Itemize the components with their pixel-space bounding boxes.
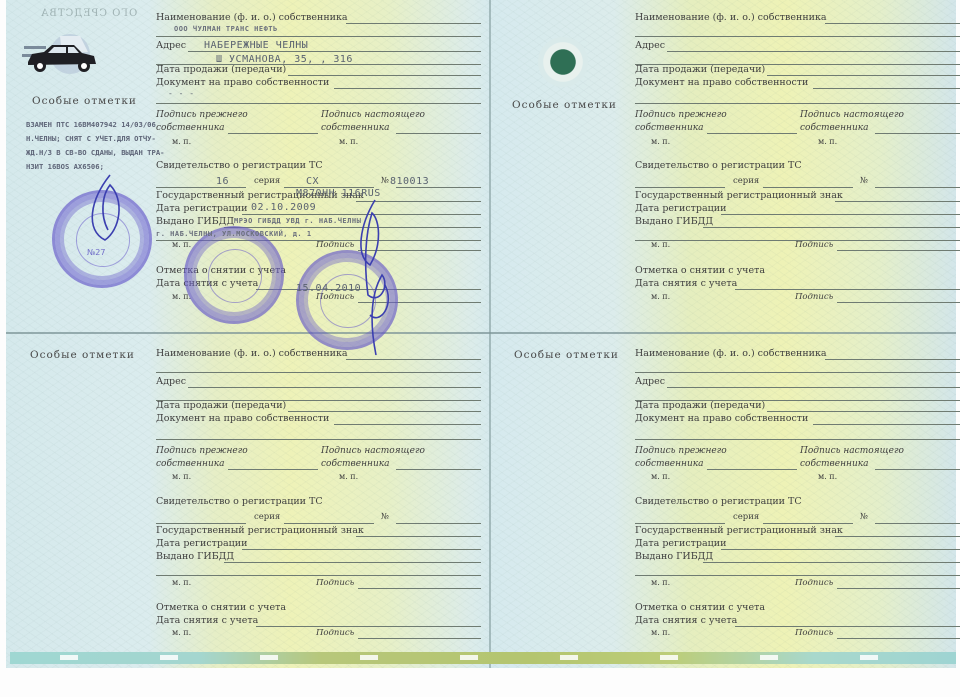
deregistration-date-label: Дата снятия с учета — [635, 278, 737, 289]
form-line — [188, 51, 481, 52]
special-note-line: Н.ЧЕЛНЫ; СНЯТ С УЧЕТ.ДЛЯ ОТЧУ- — [26, 132, 164, 146]
form-line — [837, 250, 960, 251]
form-line — [707, 469, 797, 470]
ownership-doc-label: Документ на право собственности — [635, 413, 808, 424]
stamp-place-label: м. п. — [651, 292, 670, 301]
form-line — [242, 549, 481, 550]
form-line — [635, 103, 960, 104]
cur-owner-sign-label-2: собственника — [321, 123, 389, 133]
prev-owner-sign-label-2: собственника — [156, 123, 224, 133]
signature-label: Подпись — [316, 578, 354, 588]
form-line — [735, 626, 960, 627]
form-line — [875, 469, 960, 470]
stamp-place-label: м. п. — [172, 472, 191, 481]
address-label: Адрес — [156, 376, 186, 387]
form-line — [334, 88, 481, 89]
form-line — [763, 523, 853, 524]
series-label: серия — [733, 512, 759, 522]
band-marker — [460, 655, 478, 660]
prev-owner-sign-label: Подпись прежнего — [635, 446, 727, 456]
stamp-place-label: м. п. — [172, 578, 191, 587]
form-line — [707, 133, 797, 134]
form-line — [837, 302, 960, 303]
horizontal-fold — [6, 332, 956, 334]
form-line — [635, 523, 725, 524]
signature-label: Подпись — [316, 628, 354, 638]
form-line — [813, 424, 960, 425]
security-band — [10, 652, 956, 664]
center-fold — [489, 0, 491, 668]
form-line — [228, 133, 318, 134]
cur-owner-sign-label-2: собственника — [321, 459, 389, 469]
series-label: серия — [254, 176, 280, 186]
sale-date-label: Дата продажи (передачи) — [635, 64, 765, 75]
stamp-place-label: м. п. — [651, 137, 670, 146]
form-line — [346, 23, 481, 24]
form-line — [156, 103, 481, 104]
state-plate-label: Государственный регистрационный знак — [635, 525, 843, 536]
state-plate-label: Государственный регистрационный знак — [635, 190, 843, 201]
owner-name-label: Наименование (ф. и. о.) собственника — [156, 348, 348, 359]
form-line — [156, 439, 481, 440]
reg-certificate-label: Свидетельство о регистрации ТС — [635, 496, 802, 507]
stamp-place-label: м. п. — [339, 137, 358, 146]
form-line — [703, 227, 960, 228]
owner-name-value: ООО ЧУЛМАН ТРАНС НЕФТЬ — [174, 25, 278, 33]
ownership-doc-value: - - - — [168, 89, 195, 98]
cur-owner-sign-label: Подпись настоящего — [800, 110, 904, 120]
cur-owner-sign-label: Подпись настоящего — [321, 446, 425, 456]
form-line — [396, 187, 481, 188]
form-line — [334, 424, 481, 425]
signature-label: Подпись — [795, 240, 833, 250]
deregistration-date-label: Дата снятия с учета — [635, 615, 737, 626]
form-line — [635, 439, 960, 440]
special-note-line: ВЗАМЕН ПТС 16ВМ407942 14/03/06 — [26, 118, 164, 132]
form-line — [667, 51, 960, 52]
signature-label: Подпись — [795, 292, 833, 302]
special-marks-label: Особые отметки — [30, 349, 135, 361]
reg-date-label: Дата регистрации — [635, 538, 726, 549]
special-marks-label: Особые отметки — [514, 349, 619, 361]
form-line — [813, 88, 960, 89]
form-line — [288, 411, 481, 412]
special-marks-label: Особые отметки — [512, 99, 617, 111]
stamp-place-label: м. п. — [651, 628, 670, 637]
signature-label: Подпись — [795, 578, 833, 588]
section-top-right: Особые отметкиНаименование (ф. и. о.) со… — [490, 0, 960, 320]
band-marker — [60, 655, 78, 660]
stamp-place-label: м. п. — [172, 628, 191, 637]
stamp-place-label: м. п. — [651, 578, 670, 587]
form-line — [721, 549, 960, 550]
form-line — [228, 469, 318, 470]
band-marker — [660, 655, 678, 660]
form-line — [635, 372, 960, 373]
form-line — [735, 289, 960, 290]
stamp-place-label: м. п. — [818, 472, 837, 481]
issued-by-label: Выдано ГИБДД — [156, 551, 234, 562]
number-label: № — [381, 512, 389, 522]
form-line — [635, 36, 960, 37]
sale-date-label: Дата продажи (передачи) — [156, 400, 286, 411]
issued-by-label: Выдано ГИБДД — [635, 216, 713, 227]
form-line — [835, 536, 960, 537]
form-line — [667, 387, 960, 388]
sale-date-label: Дата продажи (передачи) — [156, 64, 286, 75]
signature-scribble — [80, 170, 130, 250]
deregistration-label: Отметка о снятии с учета — [635, 602, 765, 613]
reg-date-value: 02.10.2009 — [251, 202, 316, 213]
special-marks-label: Особые отметки — [32, 95, 137, 107]
reg-certificate-label: Свидетельство о регистрации ТС — [635, 160, 802, 171]
form-line — [703, 562, 960, 563]
form-line — [188, 387, 481, 388]
form-line — [288, 75, 481, 76]
reg-certificate-label: Свидетельство о регистрации ТС — [156, 496, 323, 507]
stamp-place-label: м. п. — [172, 240, 191, 249]
number-label: № — [381, 176, 389, 186]
form-line — [156, 36, 481, 37]
form-line — [156, 575, 481, 576]
section-bottom-right: Особые отметкиНаименование (ф. и. о.) со… — [490, 334, 960, 654]
deregistration-date-label: Дата снятия с учета — [156, 615, 258, 626]
address-label: Адрес — [635, 376, 665, 387]
deregistration-label: Отметка о снятии с учета — [156, 602, 286, 613]
stamp-place-label: м. п. — [651, 240, 670, 249]
form-line — [224, 562, 481, 563]
deregistration-date-value: 15.04.2010 — [296, 283, 361, 294]
form-line — [396, 523, 481, 524]
form-line — [837, 638, 960, 639]
official-stamp-2 — [184, 226, 284, 324]
issued-by-value-line2: г. НАБ.ЧЕЛНЫ, УЛ.МОСКОВСКИЙ, д. 1 — [156, 230, 312, 238]
state-plate-value: М870НН 116RUS — [296, 188, 381, 199]
deregistration-label: Отметка о снятии с учета — [635, 265, 765, 276]
form-line — [358, 588, 481, 589]
form-line — [396, 469, 481, 470]
ownership-doc-label: Документ на право собственности — [635, 77, 808, 88]
stamp-place-label: м. п. — [818, 137, 837, 146]
cur-owner-sign-label-2: собственника — [800, 123, 868, 133]
number-label: № — [860, 512, 868, 522]
owner-name-label: Наименование (ф. и. о.) собственника — [156, 12, 348, 23]
special-note-line: ЖД.Н/З В СВ-ВО СДАНЫ, ВЫДАН ТРА- — [26, 146, 164, 160]
band-marker — [360, 655, 378, 660]
form-line — [256, 626, 481, 627]
stamp-place-label: м. п. — [651, 472, 670, 481]
form-line — [156, 372, 481, 373]
form-line — [767, 411, 960, 412]
reg-date-label: Дата регистрации — [635, 203, 726, 214]
special-note: ВЗАМЕН ПТС 16ВМ407942 14/03/06Н.ЧЕЛНЫ; С… — [26, 118, 164, 174]
sale-date-label: Дата продажи (передачи) — [635, 400, 765, 411]
cert-region-value: 16 — [216, 176, 229, 187]
band-marker — [760, 655, 778, 660]
band-marker — [260, 655, 278, 660]
owner-name-label: Наименование (ф. и. о.) собственника — [635, 348, 827, 359]
series-label: серия — [254, 512, 280, 522]
form-line — [825, 23, 960, 24]
prev-owner-sign-label-2: собственника — [156, 459, 224, 469]
form-line — [875, 523, 960, 524]
band-marker — [860, 655, 878, 660]
form-line — [721, 214, 960, 215]
form-line — [284, 523, 374, 524]
form-line — [358, 638, 481, 639]
section-bottom-left: Особые отметкиНаименование (ф. и. о.) со… — [6, 334, 476, 654]
issued-by-label: Выдано ГИБДД — [156, 216, 234, 227]
form-line — [767, 75, 960, 76]
reg-date-label: Дата регистрации — [156, 538, 247, 549]
cur-owner-sign-label: Подпись настоящего — [800, 446, 904, 456]
address-label: Адрес — [156, 40, 186, 51]
form-line — [396, 133, 481, 134]
address-label: Адрес — [635, 40, 665, 51]
band-marker — [160, 655, 178, 660]
form-line — [156, 523, 246, 524]
stamp-place-label: м. п. — [339, 472, 358, 481]
prev-owner-sign-label: Подпись прежнего — [635, 110, 727, 120]
prev-owner-sign-label: Подпись прежнего — [156, 110, 248, 120]
owner-name-label: Наименование (ф. и. о.) собственника — [635, 12, 827, 23]
number-label: № — [860, 176, 868, 186]
cert-series-value: СХ — [306, 176, 319, 187]
cur-owner-sign-label-2: собственника — [800, 459, 868, 469]
form-line — [156, 187, 246, 188]
form-line — [356, 536, 481, 537]
address-value-line2: Ш УСМАНОВА, 35, , 316 — [216, 54, 353, 65]
address-value-line1: НАБЕРЕЖНЫЕ ЧЕЛНЫ — [204, 40, 308, 51]
state-plate-label: Государственный регистрационный знак — [156, 525, 364, 536]
form-line — [875, 187, 960, 188]
form-line — [875, 133, 960, 134]
cert-number-value: 810013 — [390, 176, 429, 187]
band-marker — [560, 655, 578, 660]
prev-owner-sign-label: Подпись прежнего — [156, 446, 248, 456]
prev-owner-sign-label-2: собственника — [635, 123, 703, 133]
series-label: серия — [733, 176, 759, 186]
reg-certificate-label: Свидетельство о регистрации ТС — [156, 160, 323, 171]
form-line — [635, 575, 960, 576]
form-line — [635, 187, 725, 188]
form-line — [763, 187, 853, 188]
stamp-place-label: м. п. — [172, 137, 191, 146]
form-line — [835, 201, 960, 202]
form-line — [825, 359, 960, 360]
ownership-doc-label: Документ на право собственности — [156, 413, 329, 424]
signature-label: Подпись — [795, 628, 833, 638]
prev-owner-sign-label-2: собственника — [635, 459, 703, 469]
issued-by-label: Выдано ГИБДД — [635, 551, 713, 562]
form-line — [837, 588, 960, 589]
issued-by-value-line1: МРЭО ГИБДД УВД г. НАБ.ЧЕЛНЫ — [234, 217, 361, 225]
ownership-doc-label: Документ на право собственности — [156, 77, 329, 88]
cur-owner-sign-label: Подпись настоящего — [321, 110, 425, 120]
reg-date-label: Дата регистрации — [156, 203, 247, 214]
